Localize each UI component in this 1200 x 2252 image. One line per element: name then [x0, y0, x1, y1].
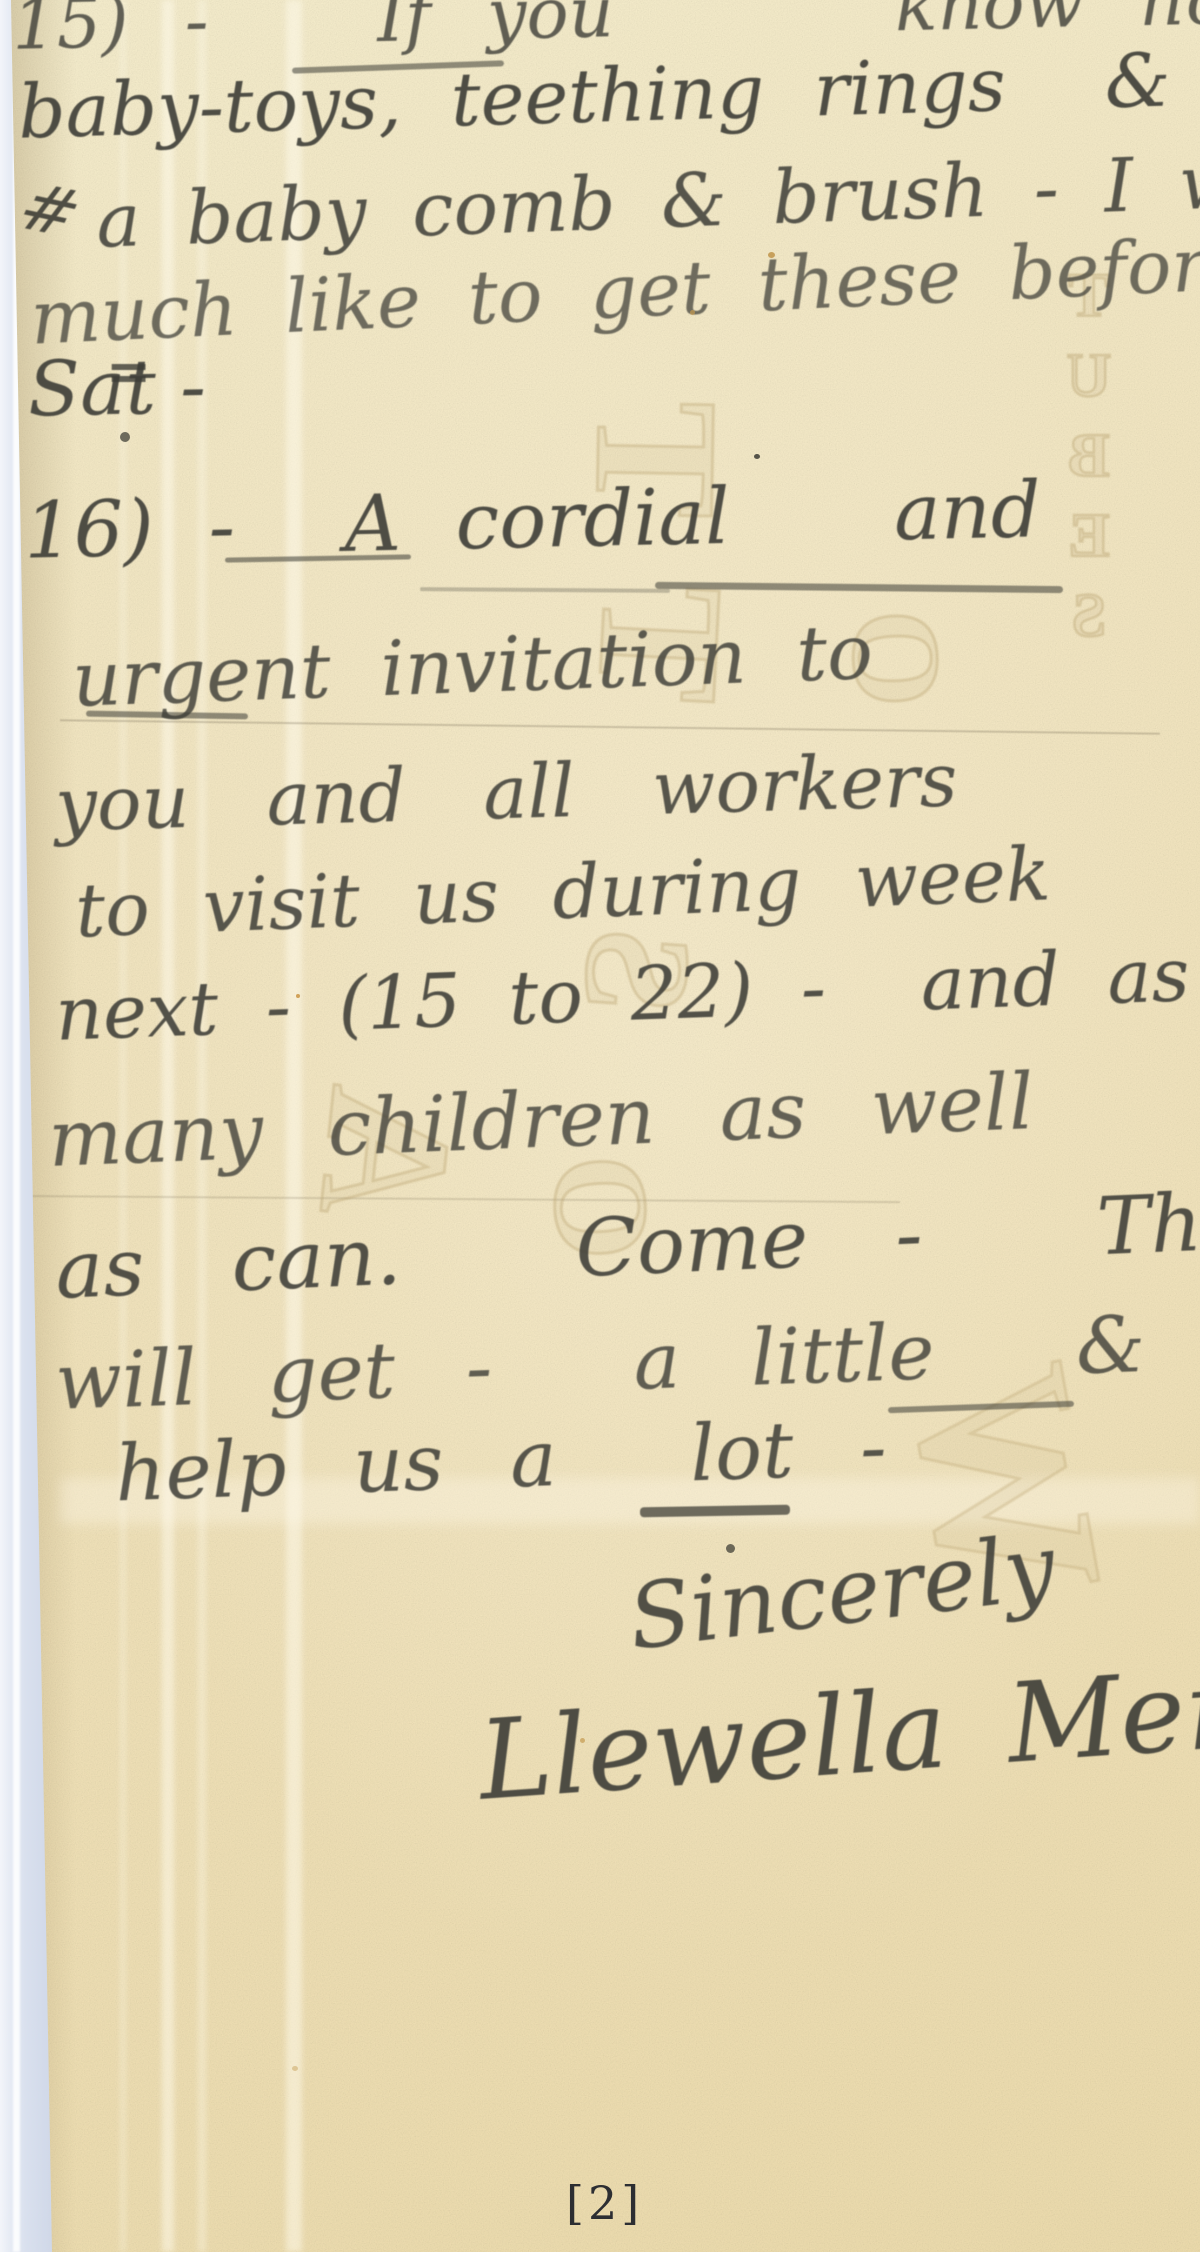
foxing-spot	[292, 2066, 298, 2071]
pencil-dot	[120, 432, 130, 442]
pencil-dot	[726, 1544, 735, 1553]
foxing-spot	[768, 252, 775, 258]
handwritten-line: 16) - A cordial and	[23, 471, 1041, 570]
foxing-spot	[296, 994, 300, 998]
watermark-edge-text: TUBES	[1054, 262, 1125, 662]
page-number: [2]	[566, 2180, 643, 2226]
foxing-spot	[690, 310, 695, 315]
ink-speck	[754, 454, 760, 459]
letter-paper: T T O S O A W TUBES 15) - If you know ho…	[0, 0, 1200, 2252]
scanned-letter-page: T T O S O A W TUBES 15) - If you know ho…	[0, 0, 1200, 2252]
dash-mark: =	[106, 344, 147, 398]
foxing-spot	[580, 1738, 585, 1743]
